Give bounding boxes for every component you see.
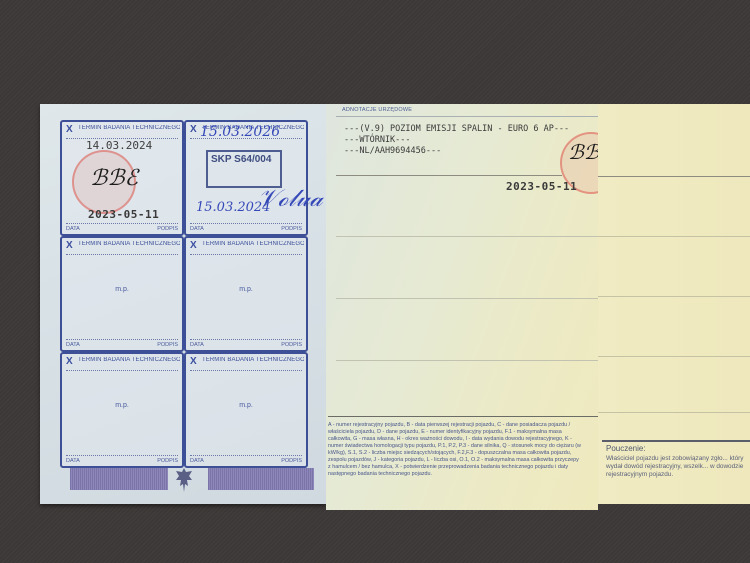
annotation-rule-2: [336, 236, 598, 237]
field-code-legend: A - numer rejestracyjny pojazdu, B - dat…: [328, 422, 582, 478]
bottom-line: [190, 455, 302, 456]
annotation-lines: ---(V.9) POZIOM EMISJI SPALIN - EURO 6 A…: [344, 124, 569, 157]
registration-document: X TERMIN BADANIA TECHNICZNEGO 14.03.2024…: [40, 104, 750, 510]
section-title: ADNOTACJE URZĘDOWE: [342, 107, 412, 113]
legend-rule: [328, 416, 598, 417]
bottom-line: [66, 455, 178, 456]
inspection-box-2: X TERMIN BADANIA TECHNICZNEGO 15.03.2026…: [184, 120, 308, 236]
mp-placeholder: m.p.: [186, 402, 306, 409]
podpis-label: PODPIS: [281, 226, 302, 232]
data-label: DATA: [66, 226, 80, 232]
date-line: [190, 254, 302, 255]
mp-placeholder: m.p.: [62, 286, 182, 293]
mp-placeholder: m.p.: [186, 286, 306, 293]
inspection-box-3: X TERMIN BADANIA TECHNICZNEGO m.p. DATA …: [60, 236, 184, 352]
data-label: DATA: [66, 458, 80, 464]
marker-x: X: [190, 356, 197, 367]
podpis-label: PODPIS: [157, 226, 178, 232]
marker-x: X: [190, 240, 197, 251]
notice-rule: [602, 440, 750, 442]
marker-x: X: [66, 240, 73, 251]
stamp-date: 2023-05-11: [506, 180, 577, 193]
data-label: DATA: [66, 342, 80, 348]
right-rule-5: [598, 412, 750, 413]
bottom-line: [190, 223, 302, 224]
inspection-box-4: X TERMIN BADANIA TECHNICZNEGO m.p. DATA …: [184, 236, 308, 352]
date-line: [66, 370, 178, 371]
annotation-line-1: ---(V.9) POZIOM EMISJI SPALIN - EURO 6 A…: [344, 124, 569, 135]
signature-icon: ℬℬℰ: [90, 166, 138, 191]
podpis-label: PODPIS: [157, 458, 178, 464]
handwritten-date-top: 15.03.2026: [200, 124, 280, 140]
bottom-line: [190, 339, 302, 340]
annotation-rule-4: [336, 360, 598, 361]
annotation-line-2: ---WTÓRNIK---: [344, 135, 569, 146]
station-stamp: SKP S64/004: [206, 150, 282, 188]
inspection-box-1: X TERMIN BADANIA TECHNICZNEGO 14.03.2024…: [60, 120, 184, 236]
podpis-label: PODPIS: [157, 342, 178, 348]
marker-x: X: [66, 356, 73, 367]
data-label: DATA: [190, 342, 204, 348]
podpis-label: PODPIS: [281, 458, 302, 464]
eagle-emblem-icon: [174, 466, 194, 494]
annotation-rule-3: [336, 298, 598, 299]
right-page-notice: Pouczenie: Właściciel pojazdu jest zobow…: [598, 104, 750, 504]
station-code: SKP S64/004: [211, 154, 271, 165]
left-page-technical-inspections: X TERMIN BADANIA TECHNICZNEGO 14.03.2024…: [40, 104, 326, 504]
signature-icon: 𝒱ℴ𝓁𝓊𝒶: [258, 184, 323, 212]
notice-text: Właściciel pojazdu jest zobowiązany zgło…: [606, 455, 750, 479]
guilloche-band-right: [208, 468, 314, 490]
date-line: [66, 254, 178, 255]
bottom-line: [66, 223, 178, 224]
date-line: [190, 370, 302, 371]
mp-placeholder: m.p.: [62, 402, 182, 409]
box-header: TERMIN BADANIA TECHNICZNEGO: [78, 125, 180, 131]
inspection-box-6: X TERMIN BADANIA TECHNICZNEGO m.p. DATA …: [184, 352, 308, 468]
right-rule-3: [598, 296, 750, 297]
inspection-box-5: X TERMIN BADANIA TECHNICZNEGO m.p. DATA …: [60, 352, 184, 468]
marker-x: X: [190, 124, 197, 135]
marker-x: X: [66, 124, 73, 135]
right-rule-4: [598, 356, 750, 357]
stamp-date: 2023-05-11: [88, 208, 159, 221]
notice-title: Pouczenie:: [606, 444, 646, 453]
official-annotations-page: ADNOTACJE URZĘDOWE ---(V.9) POZIOM EMISJ…: [326, 104, 598, 510]
box-header: TERMIN BADANIA TECHNICZNEGO: [202, 241, 304, 247]
bottom-line: [66, 339, 178, 340]
top-rule: [336, 116, 598, 117]
annotation-rule-1: [336, 175, 562, 176]
box-header: TERMIN BADANIA TECHNICZNEGO: [202, 357, 304, 363]
right-rule-1: [598, 176, 750, 177]
data-label: DATA: [190, 458, 204, 464]
annotation-line-3: ---NL/AAH9694456---: [344, 146, 569, 157]
podpis-label: PODPIS: [281, 342, 302, 348]
box-header: TERMIN BADANIA TECHNICZNEGO: [78, 357, 180, 363]
data-label: DATA: [190, 226, 204, 232]
box-header: TERMIN BADANIA TECHNICZNEGO: [78, 241, 180, 247]
guilloche-band-left: [70, 468, 168, 490]
right-rule-2: [598, 236, 750, 237]
